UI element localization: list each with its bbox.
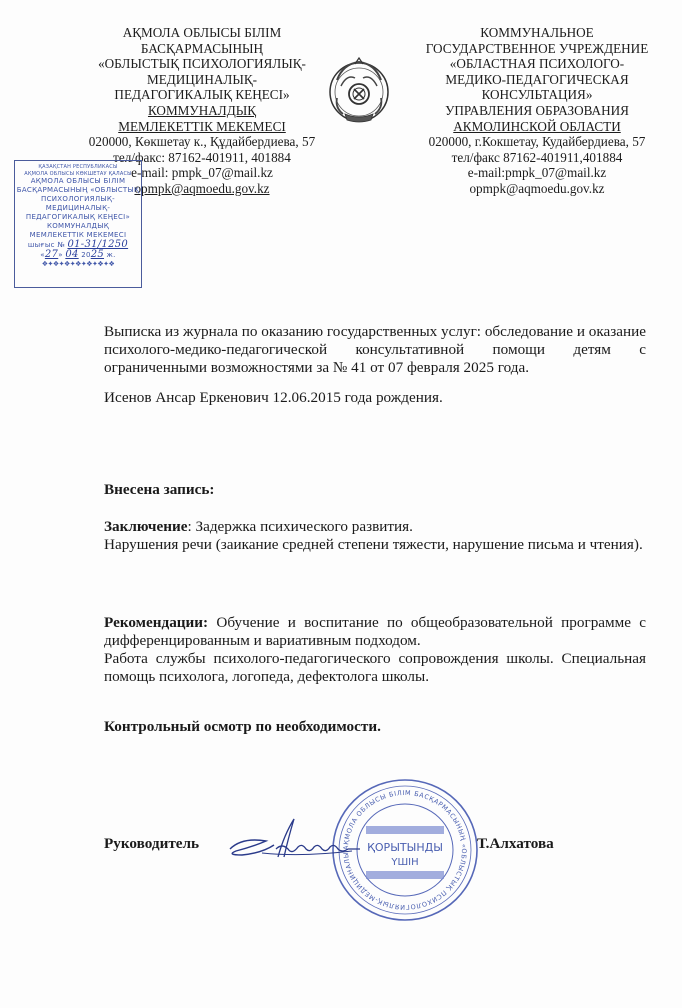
stamp-org-line: ПЕДАГОГИКАЛЫҚ КЕҢЕСІ»: [15, 213, 141, 222]
signature-scribble: [222, 815, 362, 875]
recommendations-text-2: Работа службы психолого-педагогического …: [104, 650, 646, 686]
header-left-line: ПЕДАГОГИКАЛЫҚ КЕҢЕСІ»: [62, 87, 342, 103]
kazakhstan-emblem-icon: [327, 50, 391, 140]
stamp-year: 25: [91, 249, 104, 260]
stamp-outgoing-label: шығыс №: [28, 241, 65, 249]
header-right-phone: тел/факс 87162-401911,401884: [392, 150, 682, 166]
person-line: Исенов Ансар Еркенович 12.06.2015 года р…: [104, 389, 646, 407]
header-left-address: 020000, Көкшетау к., Құдайбердиева, 57: [62, 134, 342, 150]
header-left-line: МЕДИЦИНАЛЫҚ-: [62, 72, 342, 88]
stamp-ornament: ❖✦❖✦❖✦❖✦❖✦❖✦❖: [15, 260, 141, 269]
header-left-underlined: КОММУНАЛДЫҚ: [62, 103, 342, 119]
registration-stamp: ҚАЗАҚСТАН РЕСПУБЛИКАСЫ АҚМОЛА ОБЛЫСЫ КӨК…: [14, 160, 142, 288]
header-left-line: АҚМОЛА ОБЛЫСЫ БІЛІМ: [62, 25, 342, 41]
header-left-underlined: МЕМЛЕКЕТТІК МЕКЕМЕСІ: [62, 119, 342, 135]
header-right-email2: opmpk@aqmoedu.gov.kz: [392, 181, 682, 197]
stamp-org-line: ПСИХОЛОГИЯЛЫҚ-: [15, 195, 141, 204]
header-right-line: ГОСУДАРСТВЕННОЕ УЧРЕЖДЕНИЕ: [392, 41, 682, 57]
header-left-line: БАСҚАРМАСЫНЫҢ: [62, 41, 342, 57]
stamp-org-line: АҚМОЛА ОБЛЫСЫ БІЛІМ: [15, 177, 141, 186]
intro-paragraph: Выписка из журнала по оказанию государст…: [104, 323, 646, 377]
round-stamp-center-1: ҚОРЫТЫНДЫ: [367, 841, 443, 854]
recommendations-label: Рекомендации:: [104, 614, 208, 631]
signature-role: Руководитель: [104, 835, 199, 853]
stamp-month: 04: [65, 249, 78, 260]
header-right-underlined: АКМОЛИНСКОЙ ОБЛАСТИ: [392, 119, 682, 135]
conclusion-text: : Задержка психического развития.: [187, 518, 412, 535]
control-note: Контрольный осмотр по необходимости.: [104, 718, 646, 736]
header-right-line: МЕДИКО-ПЕДАГОГИЧЕСКАЯ: [392, 72, 682, 88]
recommendations-section: Рекомендации: Обучение и воспитание по о…: [104, 614, 646, 686]
header-right-line: УПРАВЛЕНИЯ ОБРАЗОВАНИЯ: [392, 103, 682, 119]
header-right-line: КОНСУЛЬТАЦИЯ»: [392, 87, 682, 103]
conclusion-label: Заключение: [104, 518, 187, 535]
conclusion-text-2: Нарушения речи (заикание средней степени…: [104, 536, 646, 554]
header-right-line: «ОБЛАСТНАЯ ПСИХОЛОГО-: [392, 56, 682, 72]
round-stamp-center-2: ҮШІН: [390, 857, 418, 868]
stamp-org-line: БАСҚАРМАСЫНЫҢ «ОБЛЫСТЫҚ: [15, 186, 141, 195]
stamp-year-prefix: 20: [81, 251, 91, 259]
stamp-org-line: КОММУНАЛДЫҚ: [15, 222, 141, 231]
entry-label: Внесена запись:: [104, 481, 646, 499]
stamp-org-line: МЕДИЦИНАЛЫҚ-: [15, 204, 141, 213]
signatory-name: Т.Алхатова: [477, 835, 554, 853]
header-right-email: e-mail:pmpk_07@mail.kz: [392, 165, 682, 181]
conclusion-section: Заключение: Задержка психического развит…: [104, 518, 646, 554]
header-right-russian: КОММУНАЛЬНОЕ ГОСУДАРСТВЕННОЕ УЧРЕЖДЕНИЕ …: [392, 25, 682, 197]
header-left-line: «ОБЛЫСТЫҚ ПСИХОЛОГИЯЛЫҚ-: [62, 56, 342, 72]
header-right-address: 020000, г.Кокшетау, Кудайбердиева, 57: [392, 134, 682, 150]
header-right-line: КОММУНАЛЬНОЕ: [392, 25, 682, 41]
stamp-date: «27» 04 2025 ж.: [15, 250, 141, 260]
stamp-day: 27: [45, 249, 58, 260]
